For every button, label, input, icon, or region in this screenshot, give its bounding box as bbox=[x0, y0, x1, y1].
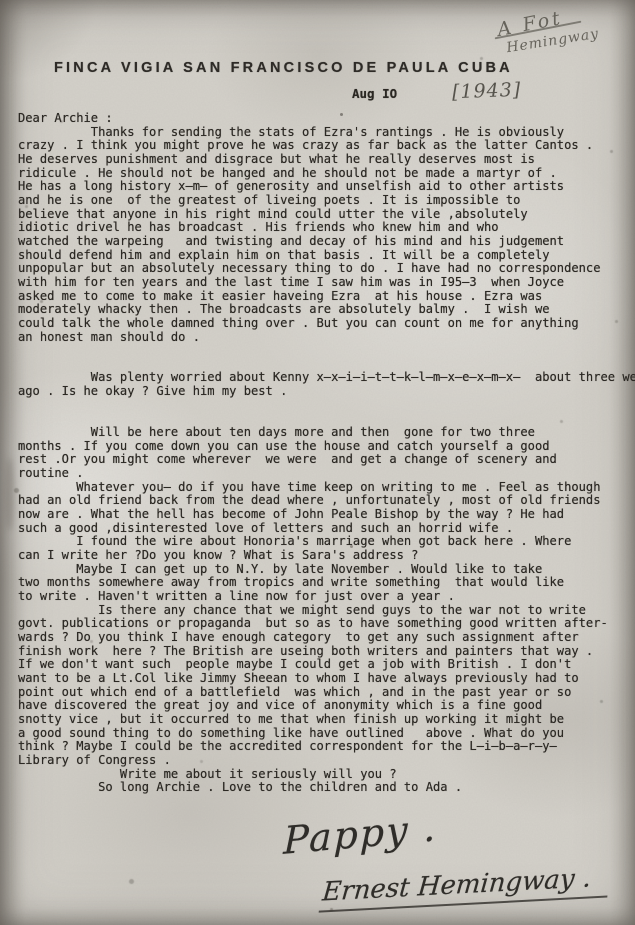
year-annotation: [1943] bbox=[452, 79, 522, 103]
date-line: Aug IO bbox=[352, 86, 397, 101]
letter-page: A Fot Hemingway FINCA VIGIA SAN FRANCISC… bbox=[0, 0, 635, 925]
paper-smudge bbox=[5, 458, 14, 530]
signature-fullname: Ernest Hemingway . bbox=[319, 862, 611, 912]
letter-body: Dear Archie : Thanks for sending the sta… bbox=[18, 112, 635, 795]
paper-specks bbox=[0, 0, 3, 3]
signature-nickname: Pappy . bbox=[283, 805, 438, 863]
letterhead: FINCA VIGIA SAN FRANCISCO DE PAULA CUBA bbox=[54, 60, 513, 76]
